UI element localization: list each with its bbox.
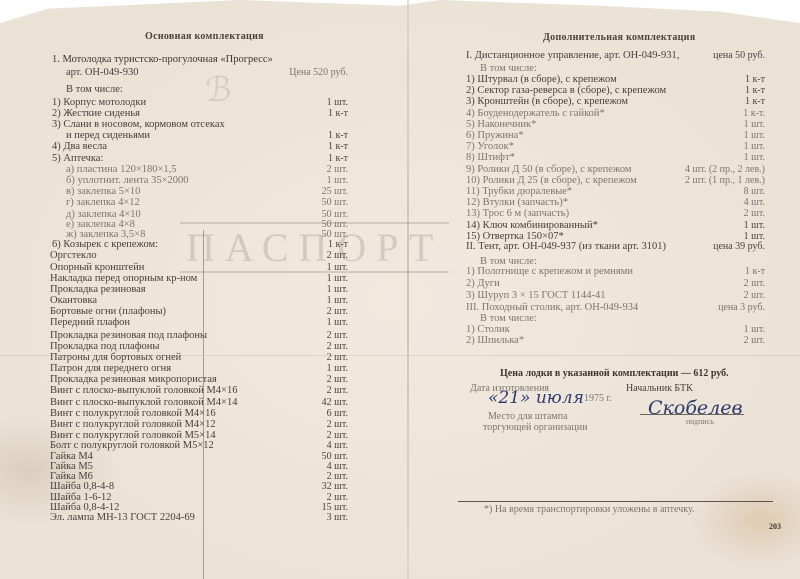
signature-line bbox=[640, 414, 744, 415]
section1-price: цена 50 руб. bbox=[713, 50, 765, 62]
list-item-qty: 1 к-т bbox=[328, 108, 348, 120]
list-item-label: 2) Сектор газа-реверса в (сборе), с креп… bbox=[466, 85, 666, 97]
main-item-title: 1. Мотолодка туристско-прогулочная «Прог… bbox=[52, 54, 273, 66]
list-item-qty: 2 шт. bbox=[744, 278, 765, 290]
list-item-qty: 1 шт. bbox=[327, 317, 348, 329]
section2-price: цена 39 руб. bbox=[713, 241, 765, 253]
manufacture-year: 1975 г. bbox=[584, 393, 612, 405]
list-item-qty: 2 шт. bbox=[744, 335, 765, 347]
list-item-qty: 1 шт. bbox=[744, 152, 765, 164]
list-item-label: Винт с плоско-выпуклой головкой М4×16 bbox=[50, 385, 237, 397]
signature-caption: подпись bbox=[686, 416, 714, 428]
list-item-label: 1) Штурвал (в сборе), с крепежом bbox=[466, 74, 617, 86]
including-label: В том числе: bbox=[66, 84, 123, 96]
page-number: 203 bbox=[769, 521, 781, 533]
list-item-qty: 1 к-т bbox=[328, 141, 348, 153]
main-item-article: арт. ОН-049-930 bbox=[66, 67, 138, 79]
list-item-qty: 2 шт. bbox=[744, 290, 765, 302]
list-item-label: 11) Трубки дюралевые* bbox=[466, 186, 572, 198]
list-item-qty: 1 к-т. bbox=[743, 108, 765, 120]
list-item-label: 10) Ролики Д 25 (в сборе), с крепежом bbox=[466, 175, 637, 187]
list-item-qty: 2 шт. bbox=[327, 250, 348, 262]
list-item-label: 8) Штифт* bbox=[466, 152, 515, 164]
list-item-qty: 1 шт. bbox=[744, 130, 765, 142]
list-item-qty: 8 шт. bbox=[744, 186, 765, 198]
center-fold bbox=[407, 0, 409, 579]
list-item-label: 12) Втулки (запчасть)* bbox=[466, 197, 568, 209]
list-item-qty: 4 шт. bbox=[744, 197, 765, 209]
section1-title: I. Дистанционное управление, арт. ОН-049… bbox=[466, 50, 679, 62]
list-item-qty: 2 шт. bbox=[744, 208, 765, 220]
list-item-qty: 1 к-т bbox=[745, 266, 765, 278]
footnote-divider bbox=[458, 501, 773, 502]
footnote: *) На время транспортировки уложены в ап… bbox=[484, 504, 694, 516]
bleed-through-title: ПАСПОРТ bbox=[180, 222, 449, 273]
list-item-qty: 4 шт. (2 пр., 2 лев.) bbox=[685, 164, 765, 176]
list-item-label: Эл. лампа МН-13 ГОСТ 2204-69 bbox=[50, 512, 195, 524]
list-item-qty: 1 шт. bbox=[744, 141, 765, 153]
list-item-label: г) заклепка 4×12 bbox=[66, 197, 140, 209]
list-item-label: 14) Ключ комбинированный* bbox=[466, 220, 598, 232]
right-heading: Дополнительная комплектация bbox=[543, 32, 695, 43]
main-item-price: Цена 520 руб. bbox=[289, 67, 348, 79]
list-item-label: 2) Дуги bbox=[466, 278, 500, 290]
otk-label: Начальник БТК bbox=[626, 383, 693, 395]
list-item-qty: 2 шт. (1 пр., 1 лев.) bbox=[685, 175, 765, 187]
list-item-label: Передний плафон bbox=[50, 317, 130, 329]
list-item-qty: 3 шт. bbox=[327, 512, 348, 524]
bleed-through-logo-icon: ℬ bbox=[205, 70, 232, 110]
left-heading: Основная комплектация bbox=[145, 31, 264, 42]
list-item-label: 13) Трос 6 м (запчасть) bbox=[466, 208, 569, 220]
total-price: Цена лодки в указанной комплектации — 61… bbox=[500, 368, 729, 380]
section3-price: цена 3 руб. bbox=[718, 302, 765, 314]
list-item-label: 7) Уголок* bbox=[466, 141, 514, 153]
list-item-label: Оргстекло bbox=[50, 250, 97, 262]
manufacture-date-handwritten: «21» июля bbox=[488, 388, 584, 408]
list-item-qty: 1 к-т bbox=[745, 96, 765, 108]
list-item-label: 4) Два весла bbox=[52, 141, 107, 153]
list-item-qty: 1 к-т bbox=[745, 74, 765, 86]
stamp-place-line2: торгующей организации bbox=[483, 422, 588, 434]
list-item-label: 6) Пружина* bbox=[466, 130, 524, 142]
list-item-qty: 2 шт. bbox=[327, 385, 348, 397]
list-item-label: 3) Кронштейн (в сборе), с крепежом bbox=[466, 96, 628, 108]
list-item-qty: 1 к-т bbox=[745, 85, 765, 97]
list-item-label: 3) Шуруп 3 × 15 ГОСТ 1144-41 bbox=[466, 290, 606, 302]
list-item-qty: 50 шт. bbox=[322, 197, 348, 209]
list-item-qty: 1 шт. bbox=[744, 220, 765, 232]
list-item-label: 5) Наконечник* bbox=[466, 119, 536, 131]
list-item-label: 9) Ролики Д 50 (в сборе), с крепежом bbox=[466, 164, 632, 176]
section2-title: II. Тент, арт. ОН-049-937 (из ткани арт.… bbox=[466, 241, 666, 253]
list-item-label: 4) Боуденодержатель с гайкой* bbox=[466, 108, 605, 120]
list-item-label: 1) Полотнище с крепежом и ремнями bbox=[466, 266, 633, 278]
list-item-label: 2) Шпилька* bbox=[466, 335, 524, 347]
list-item-qty: 1 шт. bbox=[744, 119, 765, 131]
